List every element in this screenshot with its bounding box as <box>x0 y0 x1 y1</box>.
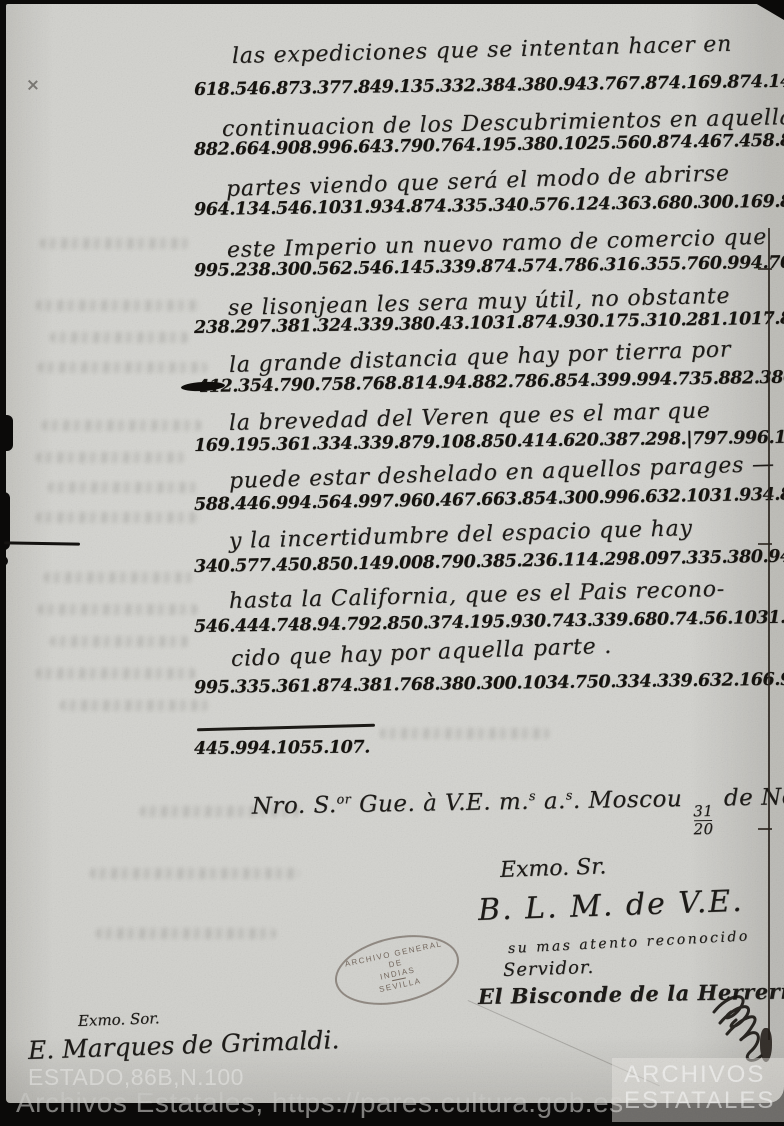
bleedthrough-mark <box>380 728 550 739</box>
bleedthrough-mark <box>48 482 198 493</box>
dateline-superscript: or <box>336 791 351 806</box>
watermark-corner-line: ESTATALES <box>624 1088 784 1114</box>
bleedthrough-mark <box>50 636 190 647</box>
bleedthrough-mark <box>36 512 201 523</box>
pen-x-mark <box>28 80 38 90</box>
line-text: E. Marques de Grimaldi. <box>27 1025 339 1065</box>
line-text: 618.546.873.377.849.135.332.384.380.943.… <box>194 71 784 100</box>
separator-pen-rule <box>197 724 375 732</box>
margin-ink-blob <box>760 1028 772 1062</box>
bleedthrough-mark <box>96 928 276 939</box>
bleedthrough-mark <box>36 452 186 463</box>
page-content: las expediciones que se intentan hacer e… <box>0 0 784 1126</box>
watermark-corner: ARCHIVOS ESTATALES <box>612 1058 784 1122</box>
closing-blm: B. L. M. de V.E. <box>477 884 744 928</box>
line-text: 995.335.361.874.381.768.380.300.1034.750… <box>194 669 784 698</box>
cipher-number-line: 618.546.873.377.849.135.332.384.380.943.… <box>194 71 784 100</box>
line-text: hasta la California, que es el Pais reco… <box>229 577 726 614</box>
edge-pen-line <box>4 541 80 545</box>
scan-edge-blob <box>0 415 13 451</box>
cipher-number-line: 995.335.361.874.381.768.380.300.1034.750… <box>194 669 784 698</box>
address-name: E. Marques de Grimaldi. <box>27 1025 339 1065</box>
dateline-text: a. <box>536 788 566 815</box>
line-text: Exmo. Sr. <box>500 854 607 883</box>
line-text: su mas atento reconocido <box>508 928 751 957</box>
date-fraction: 3120 <box>693 804 714 838</box>
manuscript-text-line: cido que hay por aquella parte . <box>231 634 613 672</box>
date-fraction-bottom: 20 <box>693 822 713 837</box>
margin-tick <box>758 543 772 545</box>
bleedthrough-mark <box>90 868 300 879</box>
scan-edge-blob <box>0 556 8 566</box>
dateline-text: Nro. S. <box>252 792 337 819</box>
bleedthrough-mark <box>36 668 196 679</box>
line-text: las expediciones que se intentan hacer e… <box>232 32 733 69</box>
bleedthrough-mark <box>42 420 202 431</box>
closing-courtesy-1: su mas atento reconocido <box>508 928 751 957</box>
cipher-number-line: 445.994.1055.107. <box>194 737 370 759</box>
dateline-text: Gue. à V.E. m. <box>351 789 529 818</box>
date-fraction-top: 31 <box>693 804 713 819</box>
bleedthrough-mark <box>60 700 210 711</box>
line-text: 445.994.1055.107. <box>194 737 370 759</box>
margin-ink-line <box>768 228 770 1040</box>
address-salute: Exmo. Sor. <box>78 1009 160 1030</box>
manuscript-text-line: hasta la California, que es el Pais reco… <box>229 577 726 614</box>
dateline-text: de Nov. <box>716 784 784 812</box>
manuscript-text-line: y la incertidumbre del espacio que hay <box>229 516 693 554</box>
bleedthrough-mark <box>40 238 190 249</box>
margin-tick <box>758 268 772 270</box>
bleedthrough-mark <box>44 572 194 583</box>
corner-notch <box>750 0 784 20</box>
line-text: y la incertidumbre del espacio que hay <box>229 516 693 554</box>
bleedthrough-mark <box>38 604 198 615</box>
archive-stamp: ARCHIVO GENERAL DE INDIAS SEVILLA <box>329 925 466 1016</box>
watermark-corner-line: ARCHIVOS <box>624 1062 784 1088</box>
line-text: cido que hay por aquella parte . <box>231 634 613 672</box>
dateline-text: . Moscou <box>573 786 691 814</box>
margin-tick <box>758 828 772 830</box>
line-text: B. L. M. de V.E. <box>477 884 744 928</box>
manuscript-text-line: las expediciones que se intentan hacer e… <box>232 32 733 69</box>
bleedthrough-mark <box>50 332 190 343</box>
closing-salute: Exmo. Sr. <box>500 854 607 883</box>
dateline: Nro. S.or Gue. à V.E. m.s a.s. Moscou 31… <box>252 781 784 845</box>
bleedthrough-mark <box>38 362 208 373</box>
watermark-source: Archivos Estatales, https://pares.cultur… <box>16 1087 624 1119</box>
line-text: Servidor. <box>503 957 595 981</box>
bleedthrough-mark <box>36 300 201 311</box>
line-text: Exmo. Sor. <box>78 1009 160 1030</box>
closing-courtesy-2: Servidor. <box>503 957 595 981</box>
